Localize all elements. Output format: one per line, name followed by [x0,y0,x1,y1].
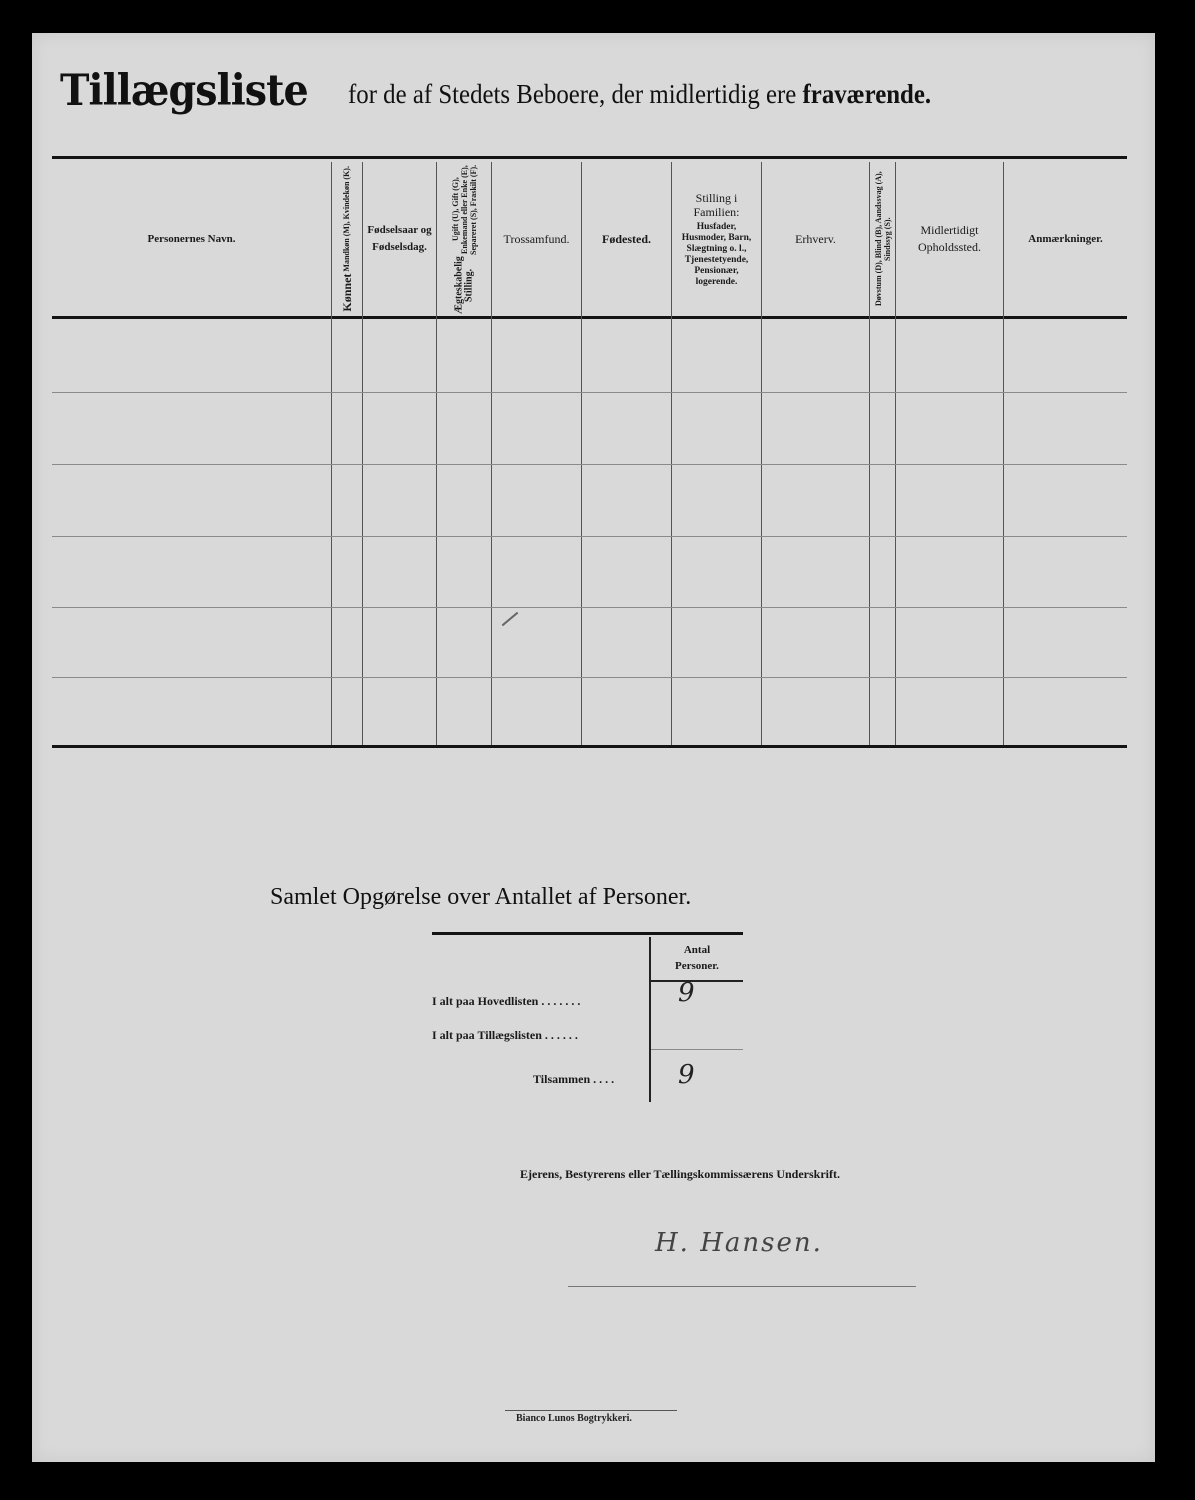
header-trossamfund: Trossamfund. [492,162,581,316]
summary-top-rule [432,932,743,935]
table-row [52,537,1127,607]
summary-label-tilsammen: Tilsammen . . . . [533,1072,614,1087]
summary-row-rule [651,1049,743,1050]
table-row [52,393,1127,464]
table-row [52,608,1127,677]
summary-value-tilsammen: 9 [678,1060,695,1090]
table-row [52,678,1127,745]
printer-rule [505,1410,677,1411]
summary-label-hovedlisten: I alt paa Hovedlisten . . . . . . . [432,994,580,1009]
table-bottom-rule [52,745,1127,748]
signature-label: Ejerens, Bestyrerens eller Tællingskommi… [520,1167,840,1182]
summary-title: Samlet Opgørelse over Antallet af Person… [270,884,691,911]
header-midlertidigt-opholdssted: Midlertidigt Opholdssted. [896,162,1003,316]
header-fodested: Fødested. [582,162,671,316]
header-konnet: Kønnet Mandkøn (M), Kvindekøn (K). [332,162,362,316]
summary-count-header: Antal Personer. [651,942,743,974]
form-subtitle-emphasis: fraværende. [803,79,932,109]
header-anmaerkninger: Anmærkninger. [1004,162,1127,316]
table-row [52,320,1127,392]
header-stilling-i-familien: Stilling i Familien: Husfader, Husmoder,… [672,162,761,316]
table-header-rule [52,316,1127,319]
printer-imprint: Bianco Lunos Bogtrykkeri. [516,1413,632,1424]
header-personernes-navn: Personernes Navn. [52,162,331,316]
form-title: Tillægsliste [60,66,308,116]
summary-header-rule [651,980,743,982]
header-aegteskabelig-stilling: Ægteskabelig Stilling. Ugift (U), Gift (… [437,162,491,316]
summary-value-hovedlisten: 9 [678,978,695,1008]
summary-label-tillaegslisten: I alt paa Tillægslisten . . . . . . [432,1028,578,1043]
table-top-rule [52,156,1127,159]
header-fodselsaar: Fødselsaar og Fødselsdag. [363,162,436,316]
signature-handwriting: H. Hansen. [655,1228,823,1258]
form-subtitle: for de af Stedets Beboere, der midlertid… [348,79,931,110]
table-row [52,465,1127,536]
header-dovstum-blind: Døvstum (D), Blind (B), Aandssvag (A), S… [870,162,895,316]
signature-line [568,1286,916,1287]
header-erhverv: Erhverv. [762,162,869,316]
